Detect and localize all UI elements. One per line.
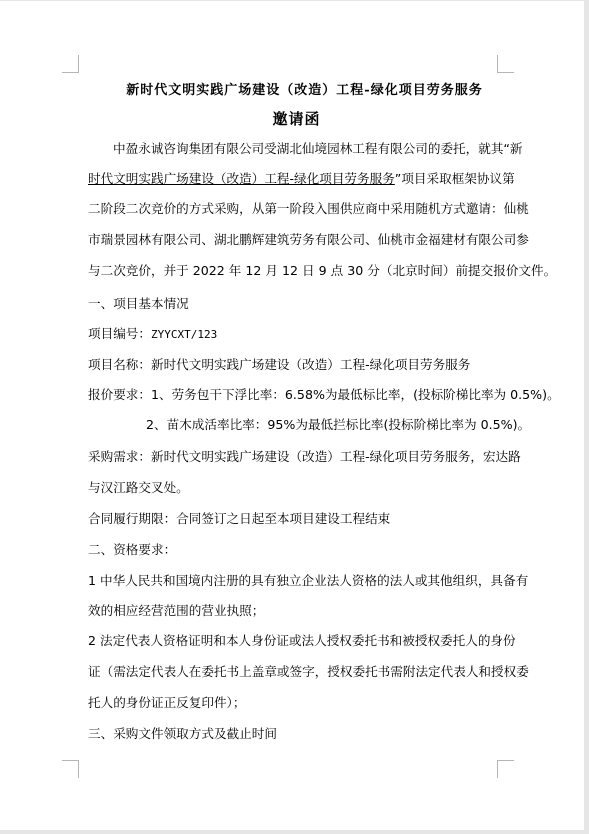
quote-requirement-1: 报价要求：1、劳务包干下浮比率：6.58%为最低标比率，(投标阶梯比率为 0.5…	[88, 387, 498, 403]
project-name-label: 项目名称：	[88, 357, 151, 372]
qualification-2-line-2: 证（需法定代表人在委托书上盖章或签字，授权委托书需附法定代表人和授权委	[88, 664, 498, 680]
project-number: 项目编号：ZYYCXT/123	[88, 326, 498, 343]
intro-line-2: 时代文明实践广场建设（改造）工程-绿化项目劳务服务”项目采取框架协议第	[88, 171, 498, 187]
procurement-need-line-2: 与汉江路交叉处。	[88, 480, 498, 496]
quote-label: 报价要求：	[88, 387, 151, 402]
project-number-label: 项目编号：	[88, 326, 151, 341]
qualification-2-line-1: 2 法定代表人资格证明和本人身份证或法人授权委托书和被授权委托人的身份	[88, 633, 498, 649]
crop-mark-bottom-right	[497, 760, 514, 778]
intro-line-1: 中盈永诚咨询集团有限公司受湖北仙境园林工程有限公司的委托，就其“新	[113, 141, 523, 157]
procurement-need-line-1: 采购需求：新时代文明实践广场建设（改造）工程-绿化项目劳务服务，宏达路	[88, 449, 498, 465]
crop-mark-top-right	[497, 55, 514, 73]
section1-heading: 一、项目基本情况	[88, 296, 498, 312]
document-title: 新时代文明实践广场建设（改造）工程-绿化项目劳务服务	[10, 79, 589, 98]
quote-requirement-2: 2、苗木成活率比率：95%为最低拦标比率(投标阶梯比率为 0.5%)。	[146, 417, 556, 433]
section2-heading: 二、资格要求：	[88, 542, 498, 558]
intro-line-4: 市瑞景园林有限公司、湖北鹏辉建筑劳务有限公司、仙桃市金福建材有限公司参	[88, 232, 498, 248]
crop-mark-top-left	[62, 55, 79, 73]
intro-line-2-rest: ”项目采取框架协议第	[395, 171, 515, 186]
document-page: 新时代文明实践广场建设（改造）工程-绿化项目劳务服务 邀请函 中盈永诚咨询集团有…	[0, 1, 584, 830]
quote-item-1: 1、劳务包干下浮比率：6.58%为最低标比率，(投标阶梯比率为 0.5%)。	[151, 387, 560, 402]
project-name: 项目名称：新时代文明实践广场建设（改造）工程-绿化项目劳务服务	[88, 357, 498, 373]
intro-line-3: 二阶段二次竞价的方式采购，从第一阶段入围供应商中采用随机方式邀请：仙桃	[88, 201, 498, 217]
project-name-value: 新时代文明实践广场建设（改造）工程-绿化项目劳务服务	[151, 357, 470, 372]
section3-heading: 三、采购文件领取方式及截止时间	[88, 726, 498, 742]
crop-mark-bottom-left	[62, 760, 79, 778]
document-subtitle: 邀请函	[2, 108, 589, 129]
qualification-1-line-1: 1 中华人民共和国境内注册的具有独立企业法人资格的法人或其他组织，具备有	[88, 573, 498, 589]
project-name-underlined: 时代文明实践广场建设（改造）工程-绿化项目劳务服务	[88, 171, 395, 186]
qualification-2-line-3: 托人的身份证正反复印件）；	[88, 695, 498, 711]
qualification-1-line-2: 效的相应经营范围的营业执照；	[88, 603, 498, 619]
contract-period: 合同履行期限：合同签订之日起至本项目建设工程结束	[88, 511, 498, 527]
project-number-value: ZYYCXT/123	[151, 328, 217, 341]
intro-line-5: 与二次竞价，并于 2022 年 12 月 12 日 9 点 30 分（北京时间）…	[88, 263, 498, 279]
